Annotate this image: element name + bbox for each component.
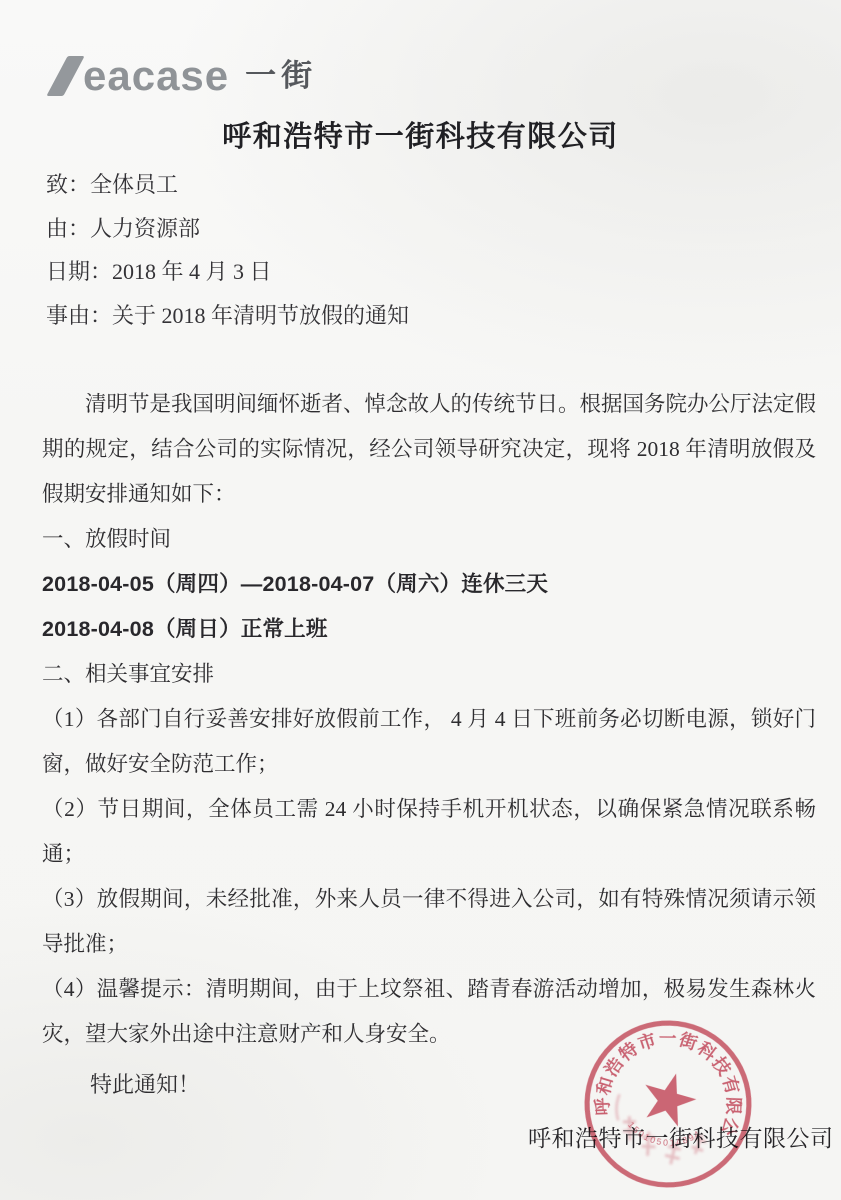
section-heading-holiday-time: 一、放假时间 [42,517,816,562]
document-title: 呼和浩特市一街科技有限公司 [0,114,841,155]
notice-body: 清明节是我国明间缅怀逝者、悼念故人的传统节日。根据国务院办公厅法定假期的规定，结… [42,382,816,1057]
logo-wordmark-cn: 一街 [245,56,317,96]
workday-line: 2018-04-08（周日）正常上班 [42,607,816,652]
logo-slash-icon [46,56,84,96]
company-seal: 呼和浩特市一街科技有限公司 150105014894 [564,1000,771,1200]
section-heading-arrangements: 二、相关事宜安排 [42,652,816,697]
logo-wordmark: eacase [83,56,229,96]
meta-line-subject: 事由：关于 2018 年清明节放假的通知 [46,294,409,338]
company-logo: eacase 一街 [57,56,317,96]
notice-item-1: （1）各部门自行妥善安排好放假前工作， 4 月 4 日下班前务必切断电源，锁好门… [42,697,816,787]
body-paragraph: 清明节是我国明间缅怀逝者、悼念故人的传统节日。根据国务院办公厅法定假期的规定，结… [42,382,816,517]
star-icon [637,1066,702,1129]
closing-note: 特此通知！ [90,1068,200,1099]
scanned-notice-page: eacase 一街 呼和浩特市一街科技有限公司 致：全体员工 由：人力资源部 日… [0,0,841,1200]
meta-block: 致：全体员工 由：人力资源部 日期：2018 年 4 月 3 日 事由：关于 2… [46,163,409,337]
meta-line-to: 致：全体员工 [46,163,409,207]
meta-line-from: 由：人力资源部 [46,207,409,251]
holiday-dates-line: 2018-04-05（周四）—2018-04-07（周六）连休三天 [42,562,816,607]
notice-item-3: （3）放假期间，未经批准，外来人员一律不得进入公司，如有特殊情况须请示领导批准； [42,877,816,967]
meta-line-date: 日期：2018 年 4 月 3 日 [46,250,409,294]
notice-item-2: （2）节日期间，全体员工需 24 小时保持手机开机状态，以确保紧急情况联系畅通； [42,787,816,877]
